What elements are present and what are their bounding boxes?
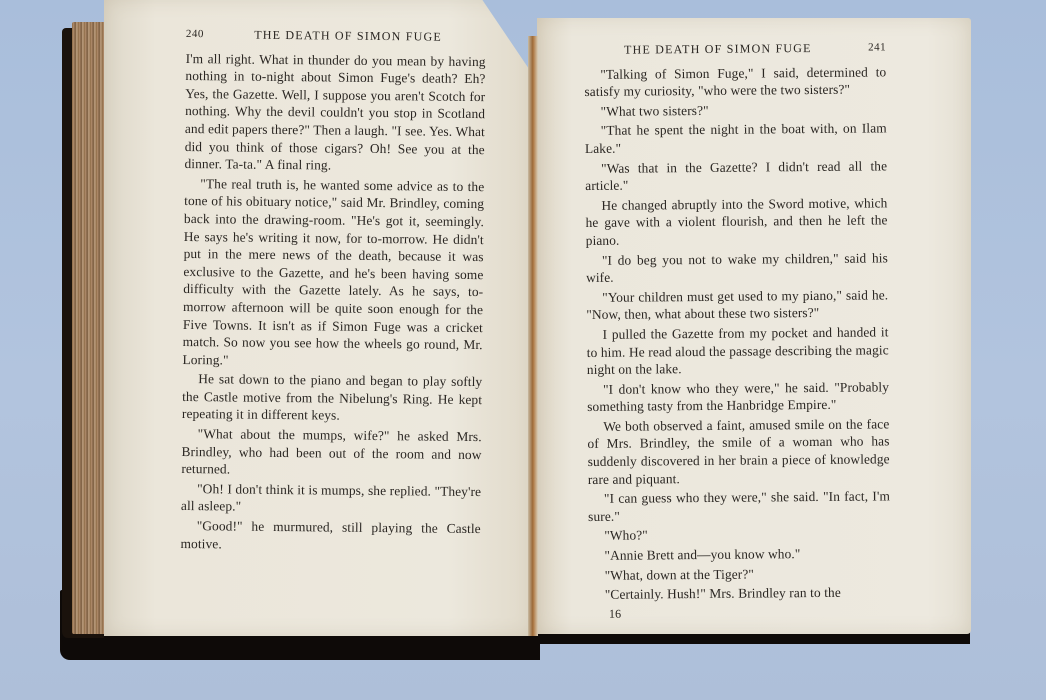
paragraph: We both observed a faint, amused smile o… <box>587 415 890 488</box>
paragraph: "I can guess who they were," she said. "… <box>588 488 890 526</box>
book-gutter <box>528 36 538 636</box>
running-head-title: THE DEATH OF SIMON FUGE <box>624 40 812 59</box>
paragraph: "Who?" <box>588 525 890 545</box>
paragraph: "Annie Brett and—you know who." <box>588 544 890 564</box>
paragraph: "Talking of Simon Fuge," I said, determi… <box>584 63 886 101</box>
page-number: 241 <box>868 39 886 57</box>
paragraph: He sat down to the piano and began to pl… <box>182 370 483 426</box>
paragraph: "Good!" he murmured, still playing the C… <box>180 517 480 555</box>
paragraph: "What about the mumps, wife?" he asked M… <box>181 425 482 481</box>
left-running-head: 240 THE DEATH OF SIMON FUGE <box>186 26 486 47</box>
paragraph: "What two sisters?" <box>585 100 887 120</box>
paragraph: I'm all right. What in thunder do you me… <box>184 50 485 176</box>
paragraph: "Your children must get used to my piano… <box>586 286 888 324</box>
right-page-text: THE DEATH OF SIMON FUGE 241 "Talking of … <box>584 39 891 623</box>
paragraph: "Certainly. Hush!" Mrs. Brindley ran to … <box>589 584 891 604</box>
right-running-head: THE DEATH OF SIMON FUGE 241 <box>584 39 886 59</box>
paragraph: "I do beg you not to wake my children," … <box>586 249 888 287</box>
paragraph: "What, down at the Tiger?" <box>589 564 891 584</box>
left-page-text: 240 THE DEATH OF SIMON FUGE I'm all righ… <box>180 26 486 557</box>
signature-mark: 16 <box>609 603 891 623</box>
paragraph: "Oh! I don't think it is mumps, she repl… <box>181 480 481 518</box>
paragraph: "Was that in the Gazette? I didn't read … <box>585 157 887 195</box>
running-head-title: THE DEATH OF SIMON FUGE <box>254 27 442 47</box>
page-number: 240 <box>186 26 204 44</box>
paragraph: "The real truth is, he wanted some advic… <box>182 175 484 372</box>
paragraph: "That he spent the night in the boat wit… <box>585 120 887 158</box>
paragraph: I pulled the Gazette from my pocket and … <box>586 323 888 378</box>
paragraph: He changed abruptly into the Sword motiv… <box>585 194 887 249</box>
paragraph: "I don't know who they were," he said. "… <box>587 378 889 416</box>
